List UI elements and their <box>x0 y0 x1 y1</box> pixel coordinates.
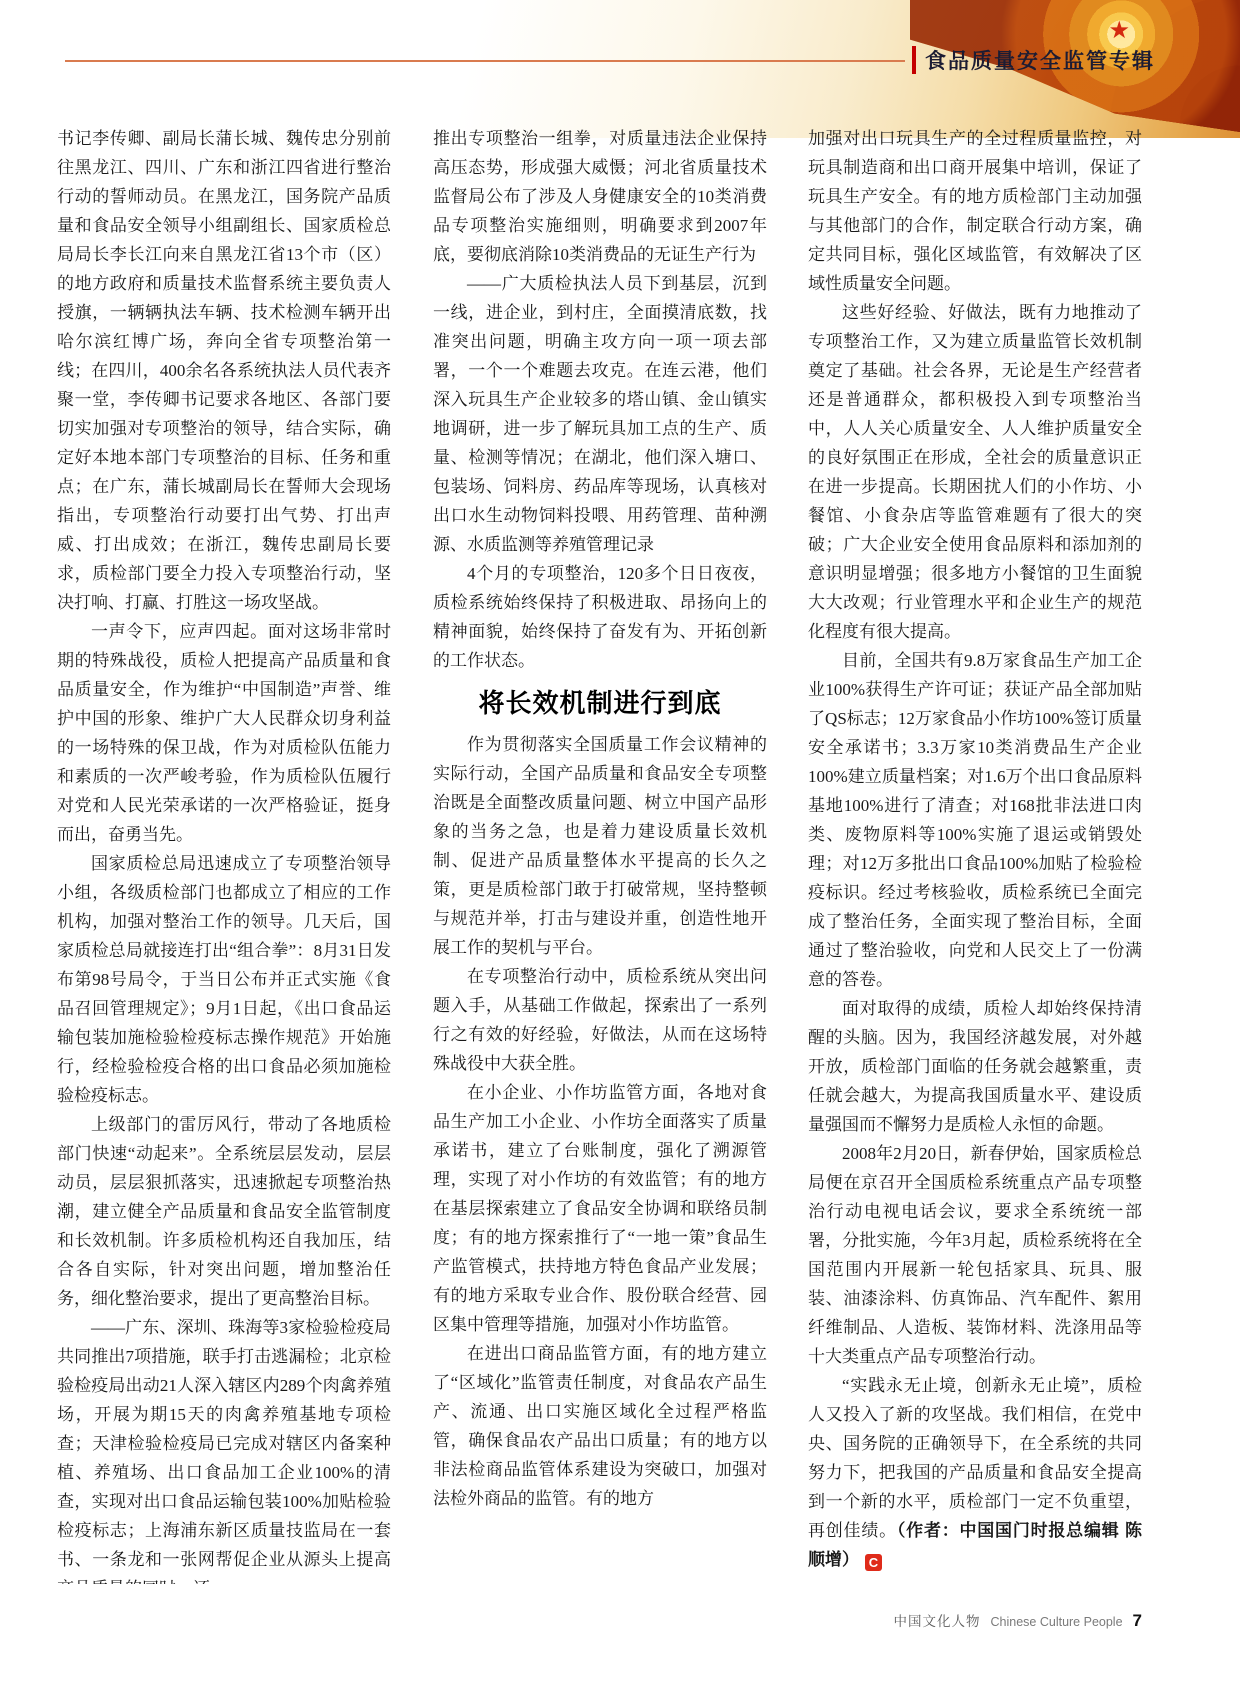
section-heading: 将长效机制进行到底 <box>433 689 767 718</box>
page-footer: 中国文化人物 Chinese Culture People 7 <box>894 1610 1143 1631</box>
paragraph: 作为贯彻落实全国质量工作会议精神的实际行动，全国产品质量和食品安全专项整治既是全… <box>433 730 767 962</box>
header-rule <box>65 60 905 62</box>
author-credit: （作者：中国国门时报总编辑 陈顺增） <box>808 1521 1142 1569</box>
paragraph: 一声令下，应声四起。面对这场非常时期的特殊战役，质检人把提高产品质量和食品质量安… <box>57 617 391 849</box>
article-end-icon: C <box>865 1554 882 1571</box>
magazine-name-en: Chinese Culture People <box>991 1615 1123 1629</box>
paragraph: ——广大质检执法人员下到基层，沉到一线，进企业，到村庄，全面摸清底数，找准突出问… <box>433 269 767 559</box>
paragraph: 2008年2月20日，新春伊始，国家质检总局便在京召开全国质检系统重点产品专项整… <box>808 1139 1142 1371</box>
magazine-page: ★ 食品质量安全监管专辑 书记李传卿、副局长蒲长城、魏传忠分别前往黑龙江、四川、… <box>0 0 1240 1683</box>
paragraph: 加强对出口玩具生产的全过程质量监控，对玩具制造商和出口商开展集中培训，保证了玩具… <box>808 124 1142 298</box>
paragraph: 4个月的专项整治，120多个日日夜夜，质检系统始终保持了积极进取、昂扬向上的精神… <box>433 559 767 675</box>
text-column-1: 书记李传卿、副局长蒲长城、魏传忠分别前往黑龙江、四川、广东和浙江四省进行整治行动… <box>57 124 391 1584</box>
paragraph: 上级部门的雷厉风行，带动了各地质检部门快速“动起来”。全系统层层发动，层层动员，… <box>57 1110 391 1313</box>
red-bar <box>912 46 916 74</box>
paragraph: “实践永无止境，创新永无止境”，质检人又投入了新的攻坚战。我们相信，在党中央、国… <box>808 1371 1142 1574</box>
paragraph: 目前，全国共有9.8万家食品生产加工企业100%获得生产许可证；获证产品全部加贴… <box>808 646 1142 994</box>
paragraph: 推出专项整治一组拳，对质量违法企业保持高压态势，形成强大威慑；河北省质量技术监督… <box>433 124 767 269</box>
paragraph: 国家质检总局迅速成立了专项整治领导小组，各级质检部门也都成立了相应的工作机构，加… <box>57 849 391 1110</box>
paragraph: ——广东、深圳、珠海等3家检验检疫局共同推出7项措施，联手打击逃漏检；北京检验检… <box>57 1313 391 1584</box>
paragraph: 面对取得的成绩，质检人却始终保持清醒的头脑。因为，我国经济越发展，对外越开放，质… <box>808 994 1142 1139</box>
paragraph: 书记李传卿、副局长蒲长城、魏传忠分别前往黑龙江、四川、广东和浙江四省进行整治行动… <box>57 124 391 617</box>
paragraph: 在小企业、小作坊监管方面，各地对食品生产加工小企业、小作坊全面落实了质量承诺书，… <box>433 1078 767 1339</box>
star-icon: ★ <box>1108 16 1130 44</box>
header-titlebar: 食品质量安全监管专辑 <box>912 45 1155 75</box>
section-title: 食品质量安全监管专辑 <box>925 45 1155 75</box>
text-column-2: 推出专项整治一组拳，对质量违法企业保持高压态势，形成强大威慑；河北省质量技术监督… <box>433 124 767 1584</box>
header-band: ★ 食品质量安全监管专辑 <box>0 0 1240 138</box>
paragraph: 在专项整治行动中，质检系统从突出问题入手，从基础工作做起，探索出了一系列行之有效… <box>433 962 767 1078</box>
text-column-3: 加强对出口玩具生产的全过程质量监控，对玩具制造商和出口商开展集中培训，保证了玩具… <box>808 124 1142 1584</box>
magazine-name-cn: 中国文化人物 <box>894 1610 981 1630</box>
paragraph: 在进出口商品监管方面，有的地方建立了“区域化”监管责任制度，对食品农产品生产、流… <box>433 1339 767 1513</box>
paragraph: 这些好经验、好做法，既有力地推动了专项整治工作，又为建立质量监管长效机制奠定了基… <box>808 298 1142 646</box>
page-number: 7 <box>1133 1611 1142 1631</box>
